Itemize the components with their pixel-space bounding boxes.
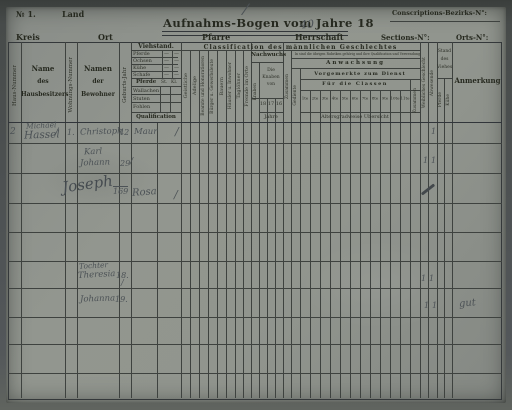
hw-number: 42 — [119, 128, 129, 137]
classification-title: Classification des männlichen Geschlecht… — [181, 44, 420, 51]
col-weibliches-geschlecht: Weibliches Geschlecht — [420, 46, 428, 120]
viehstand-mid-col: St. — [161, 80, 167, 85]
grid-line — [300, 112, 420, 113]
grid-line — [157, 122, 158, 398]
viehstand-row: Pferde—— — [133, 51, 179, 57]
hw-count: 1 — [424, 301, 429, 310]
grid-line — [400, 122, 401, 398]
hw-resident-name: Johanna — [80, 293, 115, 304]
col-haus-nummer: Haus-Nummer — [9, 50, 21, 120]
grid-line — [320, 122, 321, 398]
anwachsung-zusammen-col: Zusammen — [410, 81, 420, 120]
conscription-district-label: Conscriptions-Bezirks-N°: — [392, 9, 487, 17]
form-number: № 1. — [16, 9, 36, 19]
nachwuchs-von-line1: Die — [259, 67, 283, 74]
col-pferde: Pferde — [437, 80, 444, 120]
grid-line — [267, 122, 268, 398]
hw-resident-name: Christoph — [80, 126, 123, 137]
col-bewohner: Namen der Bewohner — [77, 62, 119, 101]
grid-line — [77, 122, 78, 398]
nachwuchs-knaben-col: Knaben — [251, 64, 259, 120]
class-col-adelige: Adelige — [190, 52, 199, 120]
anmerkung-label: Anmerkung — [452, 76, 503, 85]
grid-line — [8, 373, 502, 374]
vieh-title-line3: Viehes — [437, 64, 452, 72]
grid-line — [235, 122, 236, 398]
hw-number: 29 — [120, 159, 130, 168]
hw-year: 40 — [300, 18, 315, 32]
sections-no-label: Sections-N°: — [381, 33, 430, 42]
grid-line — [291, 68, 420, 69]
nachwuchs-title: Nachwuchs — [251, 52, 283, 58]
col-bewohner-line3: Bewohner — [77, 88, 119, 101]
viehstand-mid-row: Stuten — [133, 96, 150, 102]
col-owner: Name des Hausbesitzers — [21, 62, 65, 101]
hw-remark: gut — [459, 297, 477, 309]
grid-line — [8, 344, 502, 345]
grid-line — [243, 122, 244, 398]
nachwuchs-von-line2: Knaben — [259, 74, 283, 81]
grid-line — [131, 102, 181, 103]
nachwuchs-age: 18 — [259, 101, 267, 107]
nachwuchs-von: Die Knaben von — [259, 67, 283, 88]
scanned-census-form: № 1. Land Conscriptions-Bezirks-N°: Aufn… — [0, 0, 512, 410]
grid-line — [8, 288, 502, 289]
grid-line — [437, 78, 452, 79]
grid-line — [370, 122, 371, 398]
anwachsung-fuer-classen: Für die Classen — [300, 81, 410, 87]
grid-line — [199, 122, 200, 398]
grid-line — [300, 79, 420, 80]
viehstand-mid-row: Fohlen — [133, 104, 150, 110]
class-col-buerger: Bürger u. Gewerbsleute — [208, 52, 217, 120]
col-owner-line3: Hausbesitzers — [21, 88, 65, 101]
grid-line — [131, 112, 181, 113]
hw-count: 1 — [432, 301, 437, 310]
hw-resident-name: Karl — [84, 147, 103, 158]
land-label: Land — [62, 9, 84, 19]
col-kuehe: Kühe — [444, 80, 452, 120]
class-col-geistliche: Geistliche — [181, 52, 190, 120]
viehstand-row: Ochsen—— — [133, 58, 179, 64]
grid-line — [259, 122, 260, 398]
kreis-label: Kreis — [16, 32, 40, 42]
class-col-bauern: Bauern — [217, 52, 226, 120]
grid-line — [208, 122, 209, 398]
grid-line — [181, 122, 182, 398]
col-bewohner-line1: Namen — [77, 62, 119, 75]
col-wohnungs-nummer: Wohnungs-Nummer — [65, 50, 77, 120]
vieh-title-line2: des — [437, 56, 452, 64]
grid-line — [8, 232, 502, 233]
grid-line — [428, 122, 429, 398]
viehstand-mid-title: Pferde — [136, 79, 156, 85]
grid-line — [437, 122, 438, 398]
hw-count: 1 — [431, 156, 436, 165]
hw-tick: / — [55, 127, 58, 138]
viehstand-row: Schafe—— — [133, 72, 179, 78]
grid-line — [21, 122, 22, 398]
viehstand-mid-row: Wallachen — [133, 88, 159, 94]
anwachsung-vorgemerkte: Vorgemerkte zum Dienst — [300, 71, 420, 77]
hw-resident-name: Johann — [80, 157, 110, 168]
hw-tick: / — [174, 188, 178, 201]
class-col-tagloehner: Taglöhner — [235, 52, 243, 120]
grid-line — [283, 122, 284, 398]
nachwuchs-age: 16 — [275, 101, 283, 107]
nachwuchs-von-line3: von — [259, 81, 283, 88]
ort-label: Ort — [98, 32, 113, 42]
grid-line — [131, 86, 181, 87]
viehstand-title: Viehstand. — [131, 43, 181, 50]
orts-no-label: Orts-N°: — [456, 33, 488, 42]
hw-number-overlined: 169 — [113, 186, 128, 196]
herrschaft-label: Herrschaft — [295, 32, 344, 42]
grid-line — [452, 122, 453, 398]
grid-line — [8, 317, 502, 318]
grid-line — [190, 122, 191, 398]
grid-line — [8, 203, 502, 204]
hw-tick: / — [175, 125, 179, 138]
form-title: Aufnahms-Bogen vom Jahre 18 — [163, 16, 308, 30]
grid-line — [8, 173, 502, 174]
grid-line — [259, 112, 283, 113]
col-owner-line2: des — [21, 75, 65, 88]
anwachsung-title: Anwachsung — [291, 60, 420, 66]
hw-qualification: Maur — [134, 127, 157, 137]
nachwuchs-zusammen-col: Zusammen — [283, 54, 291, 120]
viehstand-footer: Qualification — [131, 114, 181, 120]
hw-tick: / — [121, 278, 124, 287]
hw-wohnung-no: 1. — [67, 128, 75, 137]
grid-line — [390, 122, 391, 398]
hw-number: 19. — [115, 295, 128, 304]
hw-resident-name: Theresia — [78, 269, 116, 281]
hw-count: 1 — [429, 274, 434, 283]
grid-line — [160, 86, 161, 112]
nachwuchs-age: 17 — [267, 101, 275, 107]
grid-line — [350, 122, 351, 398]
grid-line — [226, 122, 227, 398]
grid-line — [300, 122, 301, 398]
grid-line — [360, 122, 361, 398]
hw-house-no: 2 — [10, 127, 16, 137]
hw-count: 1 — [431, 127, 436, 136]
vieh-title-line1: Stand — [437, 48, 452, 56]
class-col-fremde: Fremde im Orte — [243, 52, 251, 120]
grid-line — [420, 122, 421, 398]
hw-count: 1 — [421, 274, 426, 283]
rule — [390, 21, 500, 22]
col-owner-line1: Name — [21, 62, 65, 75]
hw-qualification: Rosa — [132, 186, 157, 199]
grid-line — [131, 42, 132, 122]
class-col-haeusler: Häusler u. Inwohner — [226, 52, 235, 120]
grid-line — [170, 86, 171, 112]
grid-line — [275, 122, 276, 398]
grid-line — [330, 122, 331, 398]
grid-line — [131, 94, 181, 95]
grid-line — [8, 122, 502, 123]
grid-line — [251, 122, 252, 398]
class-col-beamte: Beamte und Honoratioren — [199, 52, 208, 120]
grid-line — [410, 122, 411, 398]
anwachsung-gediente-col: Gediente — [291, 70, 300, 120]
pfarre-label: Pfarre — [202, 32, 230, 42]
grid-line — [300, 90, 420, 91]
viehstand-row: Kühe—— — [133, 65, 179, 71]
grid-line — [217, 122, 218, 398]
grid-line — [65, 122, 66, 398]
hw-tick: / — [130, 157, 133, 167]
stand-des-viehes: Stand des Viehes — [437, 48, 452, 72]
viehstand-mid-col: Kl. — [171, 80, 177, 85]
grid-line — [291, 122, 292, 398]
grid-line — [340, 122, 341, 398]
nachwuchs-jahre: Jahre — [259, 114, 283, 120]
anwachsung-footer: Altersgradweise Übersicht — [300, 114, 410, 120]
grid-line — [444, 122, 445, 398]
col-geburts-jahr: Geburts-Jahr — [119, 50, 131, 120]
grid-line — [8, 143, 502, 144]
grid-line — [251, 62, 283, 63]
grid-line — [310, 122, 311, 398]
col-bewohner-line2: der — [77, 75, 119, 88]
grid-line — [380, 122, 381, 398]
col-abwesende: Abwesende — [428, 46, 437, 120]
hw-count: 1 — [423, 156, 428, 165]
